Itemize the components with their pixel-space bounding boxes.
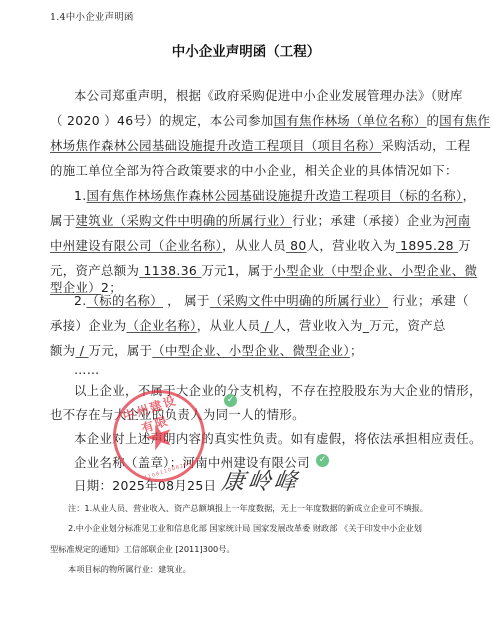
- section-label: 1.4中小企业声明函: [50, 9, 134, 23]
- intro-line-4: 的施工单位全部为符合政策要求的中小企业，相关企业的具体情况如下：: [50, 161, 458, 179]
- verified-check-icon[interactable]: ✓: [224, 394, 237, 407]
- item2-company-field: （企业名称）: [126, 318, 196, 333]
- note-1: 注：1.从业人员、营业收入、资产总额填报上一年度数据，无上一年度数据的新成立企业…: [68, 503, 428, 514]
- item2-line-2: 承接）企业为（企业名称），从业人员 / 人，营业收入为_万元，资产总: [50, 316, 446, 334]
- item2-industry-field: （采购文件中明确的所属行业）: [210, 293, 388, 308]
- note-2a: 2.中小企业划分标准见工业和信息化部 国家统计局 国家发展改革委 财政部 《关于…: [68, 523, 422, 534]
- project-name-field: 林场焦作森林公园基础设施提升改造工程项目（项目名称）: [50, 138, 381, 153]
- note-3: 本项目标的物所属行业：建筑业。: [68, 564, 191, 575]
- item1-subject-field: 国有焦作林场焦作森林公园基础设施提升改造工程项目（标的名称）: [87, 188, 463, 203]
- item1-revenue-field: 1895.28: [396, 238, 458, 253]
- handwritten-signature: 康岭峰: [220, 463, 303, 496]
- item1-employees-field: 80: [286, 238, 307, 253]
- item1-company-field: 中州建设有限公司（企业名称）: [50, 238, 222, 253]
- item2-size-field: （中型企业、小型企业、微型企业）: [152, 343, 350, 358]
- item1-line-1: 1.国有焦作林场焦作森林公园基础设施提升改造工程项目（标的名称），: [74, 186, 475, 204]
- item1-assets-field: 1138.36: [139, 263, 201, 278]
- verified-check-icon[interactable]: ✓: [316, 454, 329, 467]
- item2-assets-field: /: [75, 343, 88, 358]
- item1-line-4: 元，资产总额为 1138.36 万元1，属于小型企业（中型企业、小型企业、微: [50, 261, 477, 279]
- date-label: 日期：: [74, 478, 112, 493]
- intro-line-1: 本公司郑重声明，根据《政府采购促进中小企业发展管理办法》（财库: [74, 86, 463, 104]
- document-title: 中小企业声明函（工程）: [0, 40, 492, 60]
- intro-line-3: 林场焦作森林公园基础设施提升改造工程项目（项目名称）采购活动，工程: [50, 136, 470, 154]
- item1-line-3: 中州建设有限公司（企业名称），从业人员 80人，营业收入为 1895.28 万: [50, 236, 471, 254]
- item1-line-2: 属于建筑业（采购文件中明确的所属行业）行业；承建（承接）企业为河南: [50, 211, 470, 229]
- item2-subject-field: （标的名称）: [87, 293, 163, 308]
- ellipsis: ……: [74, 362, 99, 377]
- item1-industry-field: 建筑业（采购文件中明确的所属行业）: [75, 213, 292, 228]
- item1-size-field: 小型企业（中型企业、小型企业、微: [273, 263, 477, 278]
- intro-line-2: （ 2020 ）46号）的规定，本公司参加国有焦作林场（单位名称）的国有焦作: [50, 111, 490, 129]
- note-2b: 型标准规定的通知》工信部联企业 [2011]300号。: [50, 544, 235, 555]
- unit-name-field: 国有焦作林场（单位名称）: [274, 113, 427, 128]
- item2-line-3: 额为 / 万元，属于（中型企业、小型企业、微型企业）；: [50, 341, 363, 359]
- item2-employees-field: /: [260, 318, 273, 333]
- item2-line-1: 2.（标的名称） ， 属于（采购文件中明确的所属行业） 行业；承建（: [74, 291, 469, 309]
